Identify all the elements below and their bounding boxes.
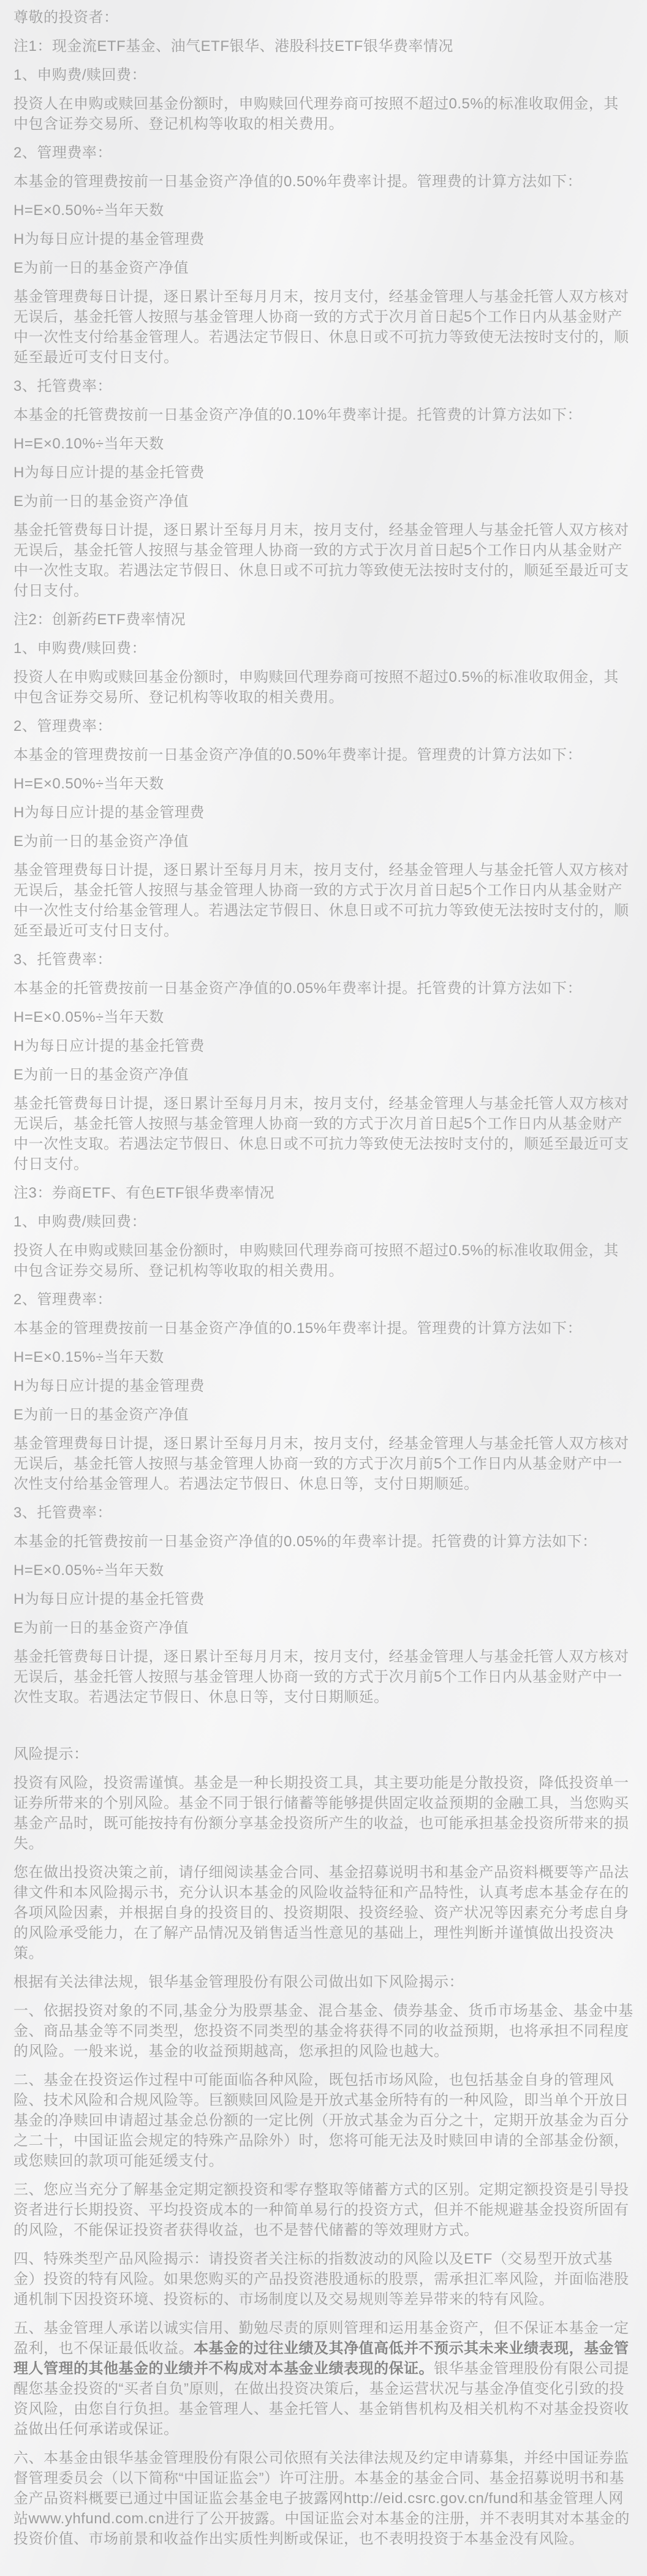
- note2-management-fee-body: 本基金的管理费按前一日基金资产净值的0.50%年费率计提。管理费的计算方法如下：: [13, 745, 634, 765]
- note2-subscription-fee-body: 投资人在申购或赎回基金份额时，申购赎回代理券商可按照不超过0.5%的标准收取佣金…: [13, 667, 634, 708]
- note1-subscription-fee-body: 投资人在申购或赎回基金份额时，申购赎回代理券商可按照不超过0.5%的标准收取佣金…: [13, 94, 634, 134]
- note1-custody-fee-payment: 基金托管费每日计提，逐日累计至每月月末，按月支付，经基金管理人与基金托管人双方核…: [13, 520, 634, 601]
- note2-custody-fee-formula: H=E×0.05%÷当年天数: [13, 1007, 634, 1027]
- note2-custody-fee-h-def: H为每日应计提的基金托管费: [13, 1036, 634, 1056]
- note2-management-fee-e-def: E为前一日的基金资产净值: [13, 831, 634, 852]
- risk-item-3: 三、您应当充分了解基金定期定额投资和零存整取等储蓄方式的区别。定期定额投资是引导…: [13, 2180, 634, 2240]
- risk-intro-3: 根据有关法律法规，银华基金管理股份有限公司做出如下风险揭示：: [13, 1972, 634, 1992]
- note2-management-fee-heading: 2、管理费率：: [13, 716, 634, 736]
- risk-heading: 风险提示：: [13, 1744, 634, 1764]
- note1-management-fee-h-def: H为每日应计提的基金管理费: [13, 229, 634, 249]
- risk-item-4: 四、特殊类型产品风险揭示：请投资者关注标的指数波动的风险以及ETF（交易型开放式…: [13, 2249, 634, 2310]
- note1-management-fee-formula: H=E×0.50%÷当年天数: [13, 200, 634, 221]
- document-body: 注1：现金流ETF基金、油气ETF银华、港股科技ETF银华费率情况1、申购费/赎…: [13, 36, 634, 2549]
- note1-management-fee-heading: 2、管理费率：: [13, 143, 634, 163]
- risk-item-5: 五、基金管理人承诺以诚实信用、勤勉尽责的原则管理和运用基金资产，但不保证本基金一…: [13, 2318, 634, 2439]
- note3-custody-fee-body: 本基金的托管费按前一日基金资产净值的0.05%的年费率计提。托管费的计算方法如下…: [13, 1532, 634, 1552]
- note3-custody-fee-h-def: H为每日应计提的基金托管费: [13, 1589, 634, 1609]
- note2-management-fee-h-def: H为每日应计提的基金管理费: [13, 803, 634, 823]
- note3-heading: 注3：券商ETF、有色ETF银华费率情况: [13, 1183, 634, 1203]
- note2-custody-fee-body: 本基金的托管费按前一日基金资产净值的0.05%年费率计提。托管费的计算方法如下：: [13, 978, 634, 999]
- note2-heading: 注2：创新药ETF费率情况: [13, 610, 634, 630]
- note2-custody-fee-e-def: E为前一日的基金资产净值: [13, 1065, 634, 1085]
- risk-item-2: 二、基金在投资运作过程中可能面临各种风险，既包括市场风险，也包括基金自身的管理风…: [13, 2070, 634, 2171]
- note2-subscription-fee-heading: 1、申购费/赎回费：: [13, 638, 634, 659]
- note2-custody-fee-heading: 3、托管费率：: [13, 950, 634, 970]
- risk-item-1: 一、依据投资对象的不同,基金分为股票基金、混合基金、债券基金、货币市场基金、基金…: [13, 2001, 634, 2061]
- note1-custody-fee-h-def: H为每日应计提的基金托管费: [13, 463, 634, 483]
- risk-intro-1: 投资有风险，投资需谨慎。基金是一种长期投资工具，其主要功能是分散投资，降低投资单…: [13, 1773, 634, 1854]
- note3-management-fee-heading: 2、管理费率：: [13, 1290, 634, 1310]
- note3-custody-fee-formula: H=E×0.05%÷当年天数: [13, 1560, 634, 1581]
- note3-management-fee-e-def: E为前一日的基金资产净值: [13, 1405, 634, 1425]
- note3-management-fee-formula: H=E×0.15%÷当年天数: [13, 1347, 634, 1367]
- note1-management-fee-e-def: E为前一日的基金资产净值: [13, 258, 634, 278]
- note1-custody-fee-e-def: E为前一日的基金资产净值: [13, 491, 634, 512]
- note2-management-fee-payment: 基金管理费每日计提，逐日累计至每月月末，按月支付，经基金管理人与基金托管人双方核…: [13, 860, 634, 941]
- note3-subscription-fee-body: 投资人在申购或赎回基金份额时，申购赎回代理券商可按照不超过0.5%的标准收取佣金…: [13, 1241, 634, 1281]
- note3-management-fee-payment: 基金管理费每日计提，逐日累计至每月月末，按月支付，经基金管理人与基金托管人双方核…: [13, 1433, 634, 1494]
- note3-management-fee-body: 本基金的管理费按前一日基金资产净值的0.15%年费率计提。管理费的计算方法如下：: [13, 1318, 634, 1339]
- salutation: 尊敬的投资者：: [13, 7, 634, 28]
- note1-management-fee-body: 本基金的管理费按前一日基金资产净值的0.50%年费率计提。管理费的计算方法如下：: [13, 172, 634, 192]
- fee-disclosure-document: 尊敬的投资者： 注1：现金流ETF基金、油气ETF银华、港股科技ETF银华费率情…: [0, 0, 647, 2576]
- note1-custody-fee-formula: H=E×0.10%÷当年天数: [13, 434, 634, 454]
- note1-heading: 注1：现金流ETF基金、油气ETF银华、港股科技ETF银华费率情况: [13, 36, 634, 56]
- risk-intro-2: 您在做出投资决策之前，请仔细阅读基金合同、基金招募说明书和基金产品资料概要等产品…: [13, 1862, 634, 1963]
- note2-custody-fee-payment: 基金托管费每日计提，逐日累计至每月月末，按月支付，经基金管理人与基金托管人双方核…: [13, 1093, 634, 1174]
- note1-custody-fee-body: 本基金的托管费按前一日基金资产净值的0.10%年费率计提。托管费的计算方法如下：: [13, 405, 634, 425]
- risk-item-6: 六、本基金由银华基金管理股份有限公司依照有关法律法规及约定申请募集，并经中国证券…: [13, 2448, 634, 2549]
- note2-management-fee-formula: H=E×0.50%÷当年天数: [13, 774, 634, 794]
- note3-management-fee-h-def: H为每日应计提的基金管理费: [13, 1376, 634, 1396]
- note3-custody-fee-heading: 3、托管费率：: [13, 1503, 634, 1523]
- note1-custody-fee-heading: 3、托管费率：: [13, 376, 634, 396]
- note3-custody-fee-payment: 基金托管费每日计提，逐日累计至每月月末，按月支付，经基金管理人与基金托管人双方核…: [13, 1647, 634, 1707]
- note1-management-fee-payment: 基金管理费每日计提，逐日累计至每月月末，按月支付，经基金管理人与基金托管人双方核…: [13, 287, 634, 368]
- note3-subscription-fee-heading: 1、申购费/赎回费：: [13, 1212, 634, 1232]
- note3-custody-fee-e-def: E为前一日的基金资产净值: [13, 1618, 634, 1638]
- note1-subscription-fee-heading: 1、申购费/赎回费：: [13, 65, 634, 85]
